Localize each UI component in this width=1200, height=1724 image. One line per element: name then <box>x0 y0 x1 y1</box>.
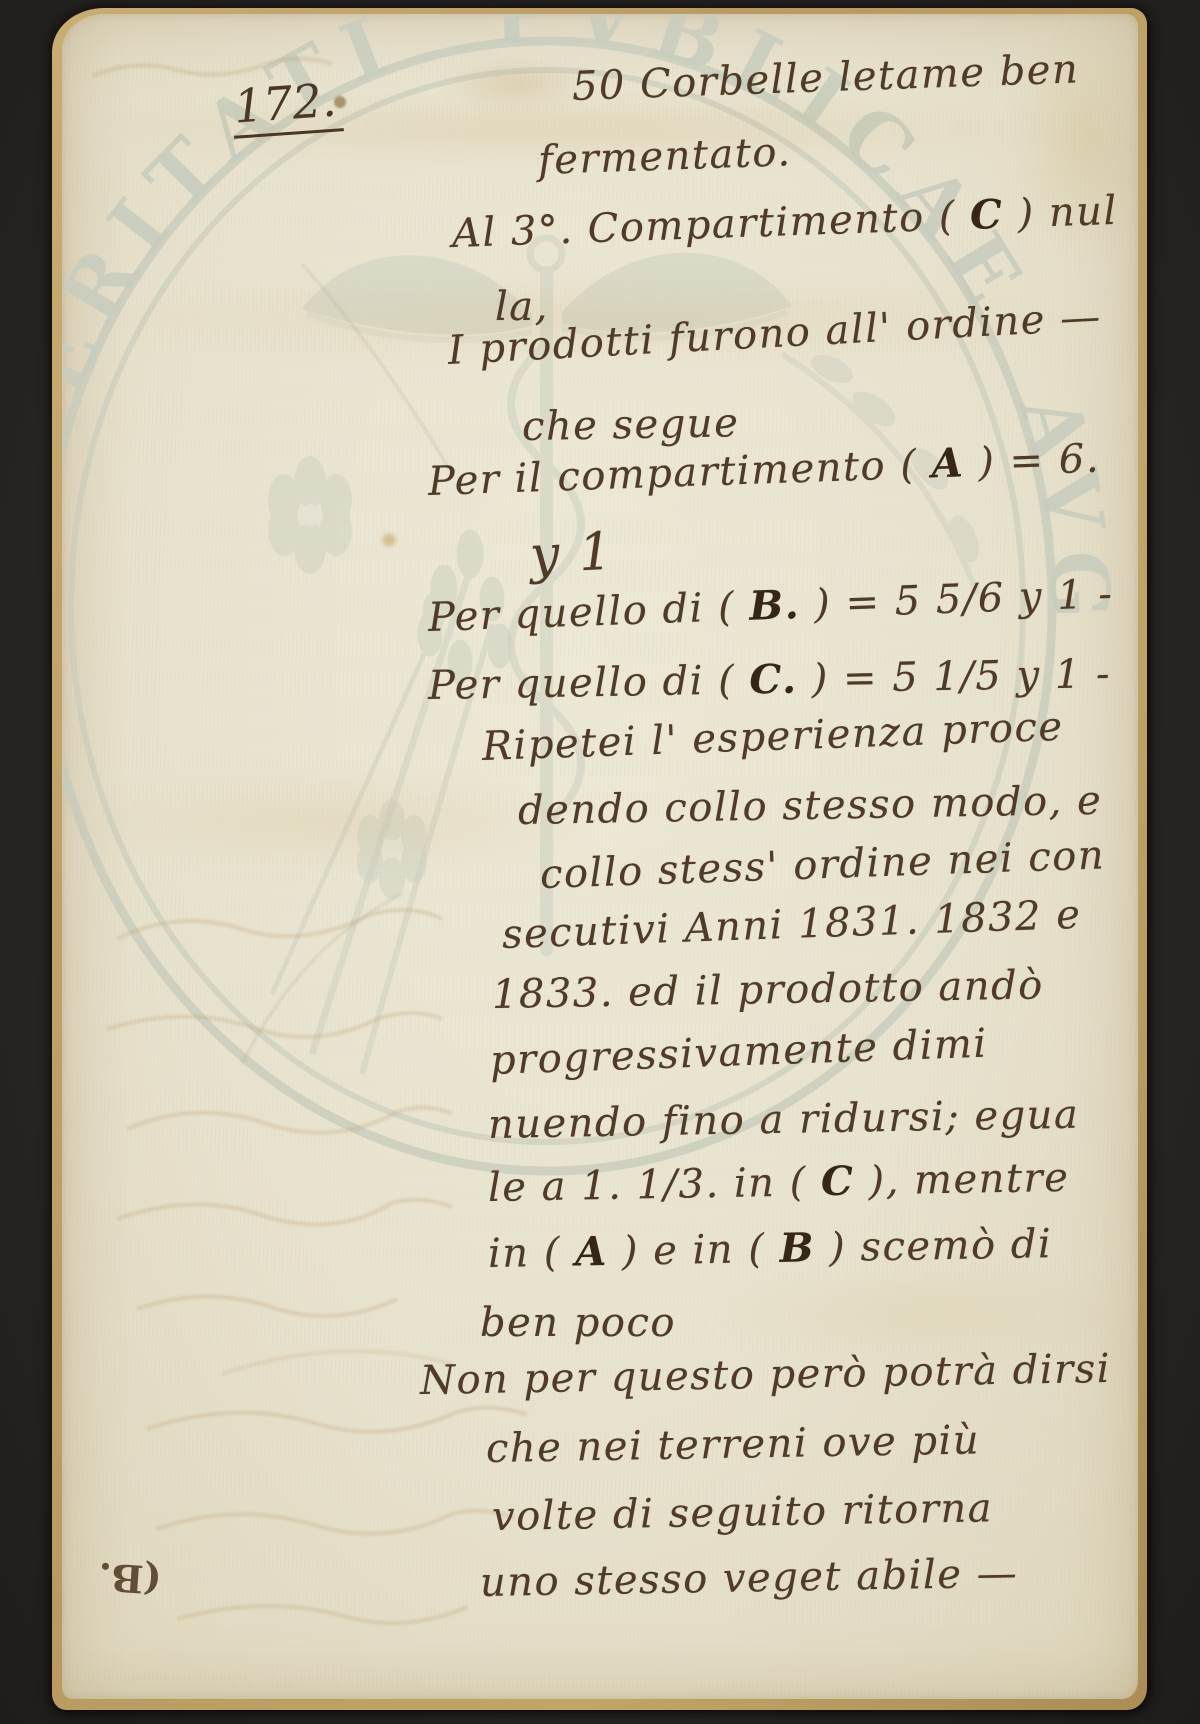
manuscript-line: secutivi Anni 1831. 1832 e <box>501 892 1082 958</box>
handwriting-segment: ), mentre <box>854 1155 1070 1205</box>
page-number: 172. <box>230 72 344 139</box>
handwriting-segment: Ripetei l' esperienza proce <box>481 704 1064 770</box>
manuscript-line: uno stesso veget abile — <box>480 1551 1019 1606</box>
compartment-letter: A <box>931 439 965 487</box>
manuscript-line: Ripetei l' esperienza proce <box>481 704 1064 770</box>
manuscript-line: y 1 <box>528 522 615 586</box>
compartment-letter: C <box>969 191 1004 239</box>
handwriting-segment: secutivi Anni 1831. 1832 e <box>501 892 1082 958</box>
manuscript-line: ben poco <box>480 1300 676 1346</box>
compartment-letter: A <box>575 1228 608 1276</box>
handwriting-segment: 50 Corbelle letame ben <box>571 46 1080 110</box>
compartment-letter: C. <box>749 656 798 704</box>
handwriting-segment: che segue <box>522 400 740 450</box>
handwriting-segment: collo stess' ordine nei con <box>539 832 1106 898</box>
handwriting-layer: 172. 50 Corbelle letame benfermentato.Al… <box>0 0 1200 1724</box>
manuscript-line: che segue <box>522 400 740 450</box>
handwriting-segment: fermentato. <box>537 129 792 184</box>
manuscript-line: nuendo fino a ridursi; egua <box>488 1092 1080 1148</box>
handwriting-segment: 1833. ed il prodotto andò <box>492 962 1044 1018</box>
manuscript-line: progressivamente dimi <box>489 1021 988 1084</box>
handwriting-segment: nuendo fino a ridursi; egua <box>488 1092 1080 1148</box>
manuscript-line: collo stess' ordine nei con <box>539 832 1106 898</box>
manuscript-line: le a 1. 1/3. in ( C ), mentre <box>488 1154 1070 1211</box>
manuscript-line: Al 3°. Compartimento ( C ) nul <box>451 187 1118 257</box>
photo-backdrop: PROSPERITATI PVBLICAE AVG <box>0 0 1200 1724</box>
handwriting-segment: uno stesso veget abile — <box>480 1551 1019 1606</box>
handwriting-segment: le a 1. 1/3. in ( <box>488 1159 822 1211</box>
handwriting-segment: Per quello di ( <box>427 584 750 641</box>
manuscript-line: Per quello di ( B. ) = 5 5/6 y 1 - <box>427 570 1114 641</box>
manuscript-line: Per quello di ( C. ) = 5 1/5 y 1 - <box>428 650 1112 709</box>
compartment-letter: B <box>779 1224 815 1272</box>
handwriting-segment: ) scemò di <box>815 1221 1053 1271</box>
handwriting-segment: in ( <box>488 1229 576 1277</box>
handwriting-segment: Per il compartimento ( <box>427 441 932 505</box>
manuscript-line: 1833. ed il prodotto andò <box>492 962 1044 1018</box>
manuscript-line: in ( A ) e in ( B ) scemò di <box>488 1220 1053 1277</box>
handwriting-segment: volte di seguito ritorna <box>492 1485 994 1540</box>
handwriting-segment: ) nul <box>1003 188 1119 238</box>
handwriting-segment: dendo collo stesso modo, e <box>518 778 1103 834</box>
handwriting-segment: che nei terreni ove più <box>486 1417 981 1472</box>
handwriting-segment: ) = 5 5/6 y 1 - <box>799 571 1114 628</box>
handwriting-segment: progressivamente dimi <box>489 1021 988 1084</box>
compartment-letter: B. <box>748 581 800 630</box>
verso-corner-mark: (B. <box>97 1554 163 1603</box>
manuscript-line: volte di seguito ritorna <box>492 1485 994 1540</box>
handwriting-segment: ben poco <box>480 1300 676 1346</box>
compartment-letter: C <box>821 1158 855 1206</box>
manuscript-line: dendo collo stesso modo, e <box>518 778 1103 834</box>
manuscript-line: fermentato. <box>537 129 792 184</box>
handwriting-segment: Al 3°. Compartimento ( <box>451 193 971 257</box>
handwriting-segment: ) = 5 1/5 y 1 - <box>797 651 1111 702</box>
manuscript-line: Non per questo però potrà dirsi <box>420 1346 1112 1404</box>
manuscript-line: 50 Corbelle letame ben <box>571 46 1080 110</box>
handwriting-segment: y 1 <box>528 522 615 586</box>
handwriting-segment: Per quello di ( <box>428 657 750 709</box>
handwriting-segment: Non per questo però potrà dirsi <box>420 1346 1112 1404</box>
handwriting-segment: ) e in ( <box>607 1226 780 1275</box>
manuscript-line: che nei terreni ove più <box>486 1417 981 1472</box>
handwriting-segment: ) = 6. <box>963 436 1100 487</box>
